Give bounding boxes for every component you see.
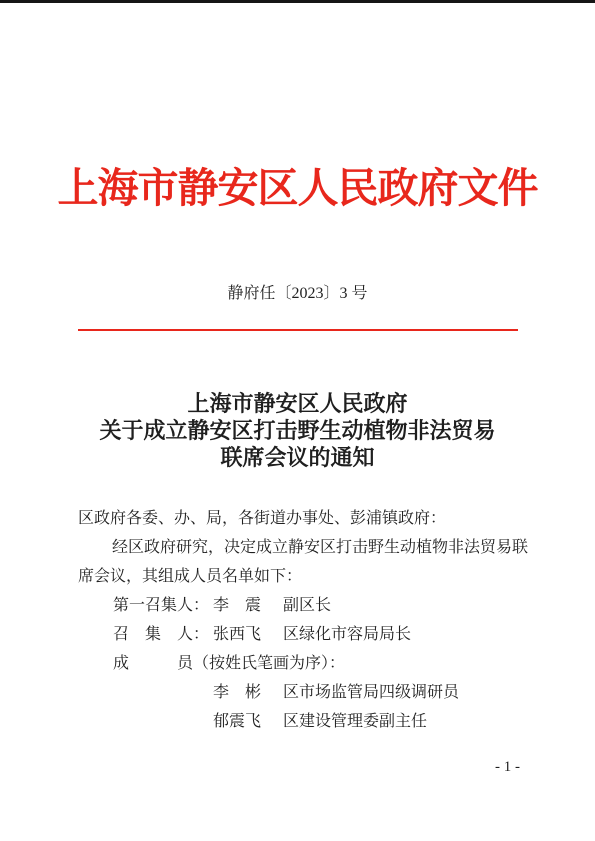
red-divider-rule <box>78 329 518 331</box>
roster-name: 郁震飞 <box>213 707 261 736</box>
page-number: - 1 - <box>495 757 520 777</box>
paragraph-line-2: 席会议，其组成人员名单如下： <box>78 562 538 591</box>
agency-header-title: 上海市静安区人民政府文件 <box>0 163 595 213</box>
document-title-line-1: 上海市静安区人民政府 <box>0 390 595 417</box>
roster-title: 副区长 <box>283 591 331 620</box>
document-title: 上海市静安区人民政府 关于成立静安区打击野生动植物非法贸易 联席会议的通知 <box>0 390 595 471</box>
document-number: 静府任〔2023〕3 号 <box>0 283 595 305</box>
document-title-line-2: 关于成立静安区打击野生动植物非法贸易 <box>0 417 595 444</box>
roster-label: 召 集 人： <box>113 620 209 649</box>
roster-row-member: 郁震飞 区建设管理委副主任 <box>78 707 538 736</box>
paragraph-line-1: 经区政府研究，决定成立静安区打击野生动植物非法贸易联 <box>78 533 538 562</box>
roster-label: 成 员（按姓氏笔画为序）： <box>113 649 345 678</box>
roster-title: 区建设管理委副主任 <box>283 707 427 736</box>
roster-row-member: 李 彬 区市场监管局四级调研员 <box>78 678 538 707</box>
roster-name: 李 彬 <box>213 678 261 707</box>
salutation-line: 区政府各委、办、局，各街道办事处、彭浦镇政府： <box>78 504 538 533</box>
roster-title: 区市场监管局四级调研员 <box>283 678 459 707</box>
scan-edge-bar <box>0 0 595 3</box>
document-title-line-3: 联席会议的通知 <box>0 444 595 471</box>
roster-title: 区绿化市容局局长 <box>283 620 411 649</box>
roster-label: 第一召集人： <box>113 591 209 620</box>
roster-row-convener: 召 集 人： 张西飞 区绿化市容局局长 <box>78 620 538 649</box>
document-page: 上海市静安区人民政府文件 静府任〔2023〕3 号 上海市静安区人民政府 关于成… <box>0 0 595 841</box>
document-body: 区政府各委、办、局，各街道办事处、彭浦镇政府： 经区政府研究，决定成立静安区打击… <box>78 504 538 736</box>
roster-name: 李 震 <box>213 591 261 620</box>
roster-row-convener-first: 第一召集人： 李 震 副区长 <box>78 591 538 620</box>
roster-row-members-heading: 成 员（按姓氏笔画为序）： <box>78 649 538 678</box>
roster-name: 张西飞 <box>213 620 261 649</box>
